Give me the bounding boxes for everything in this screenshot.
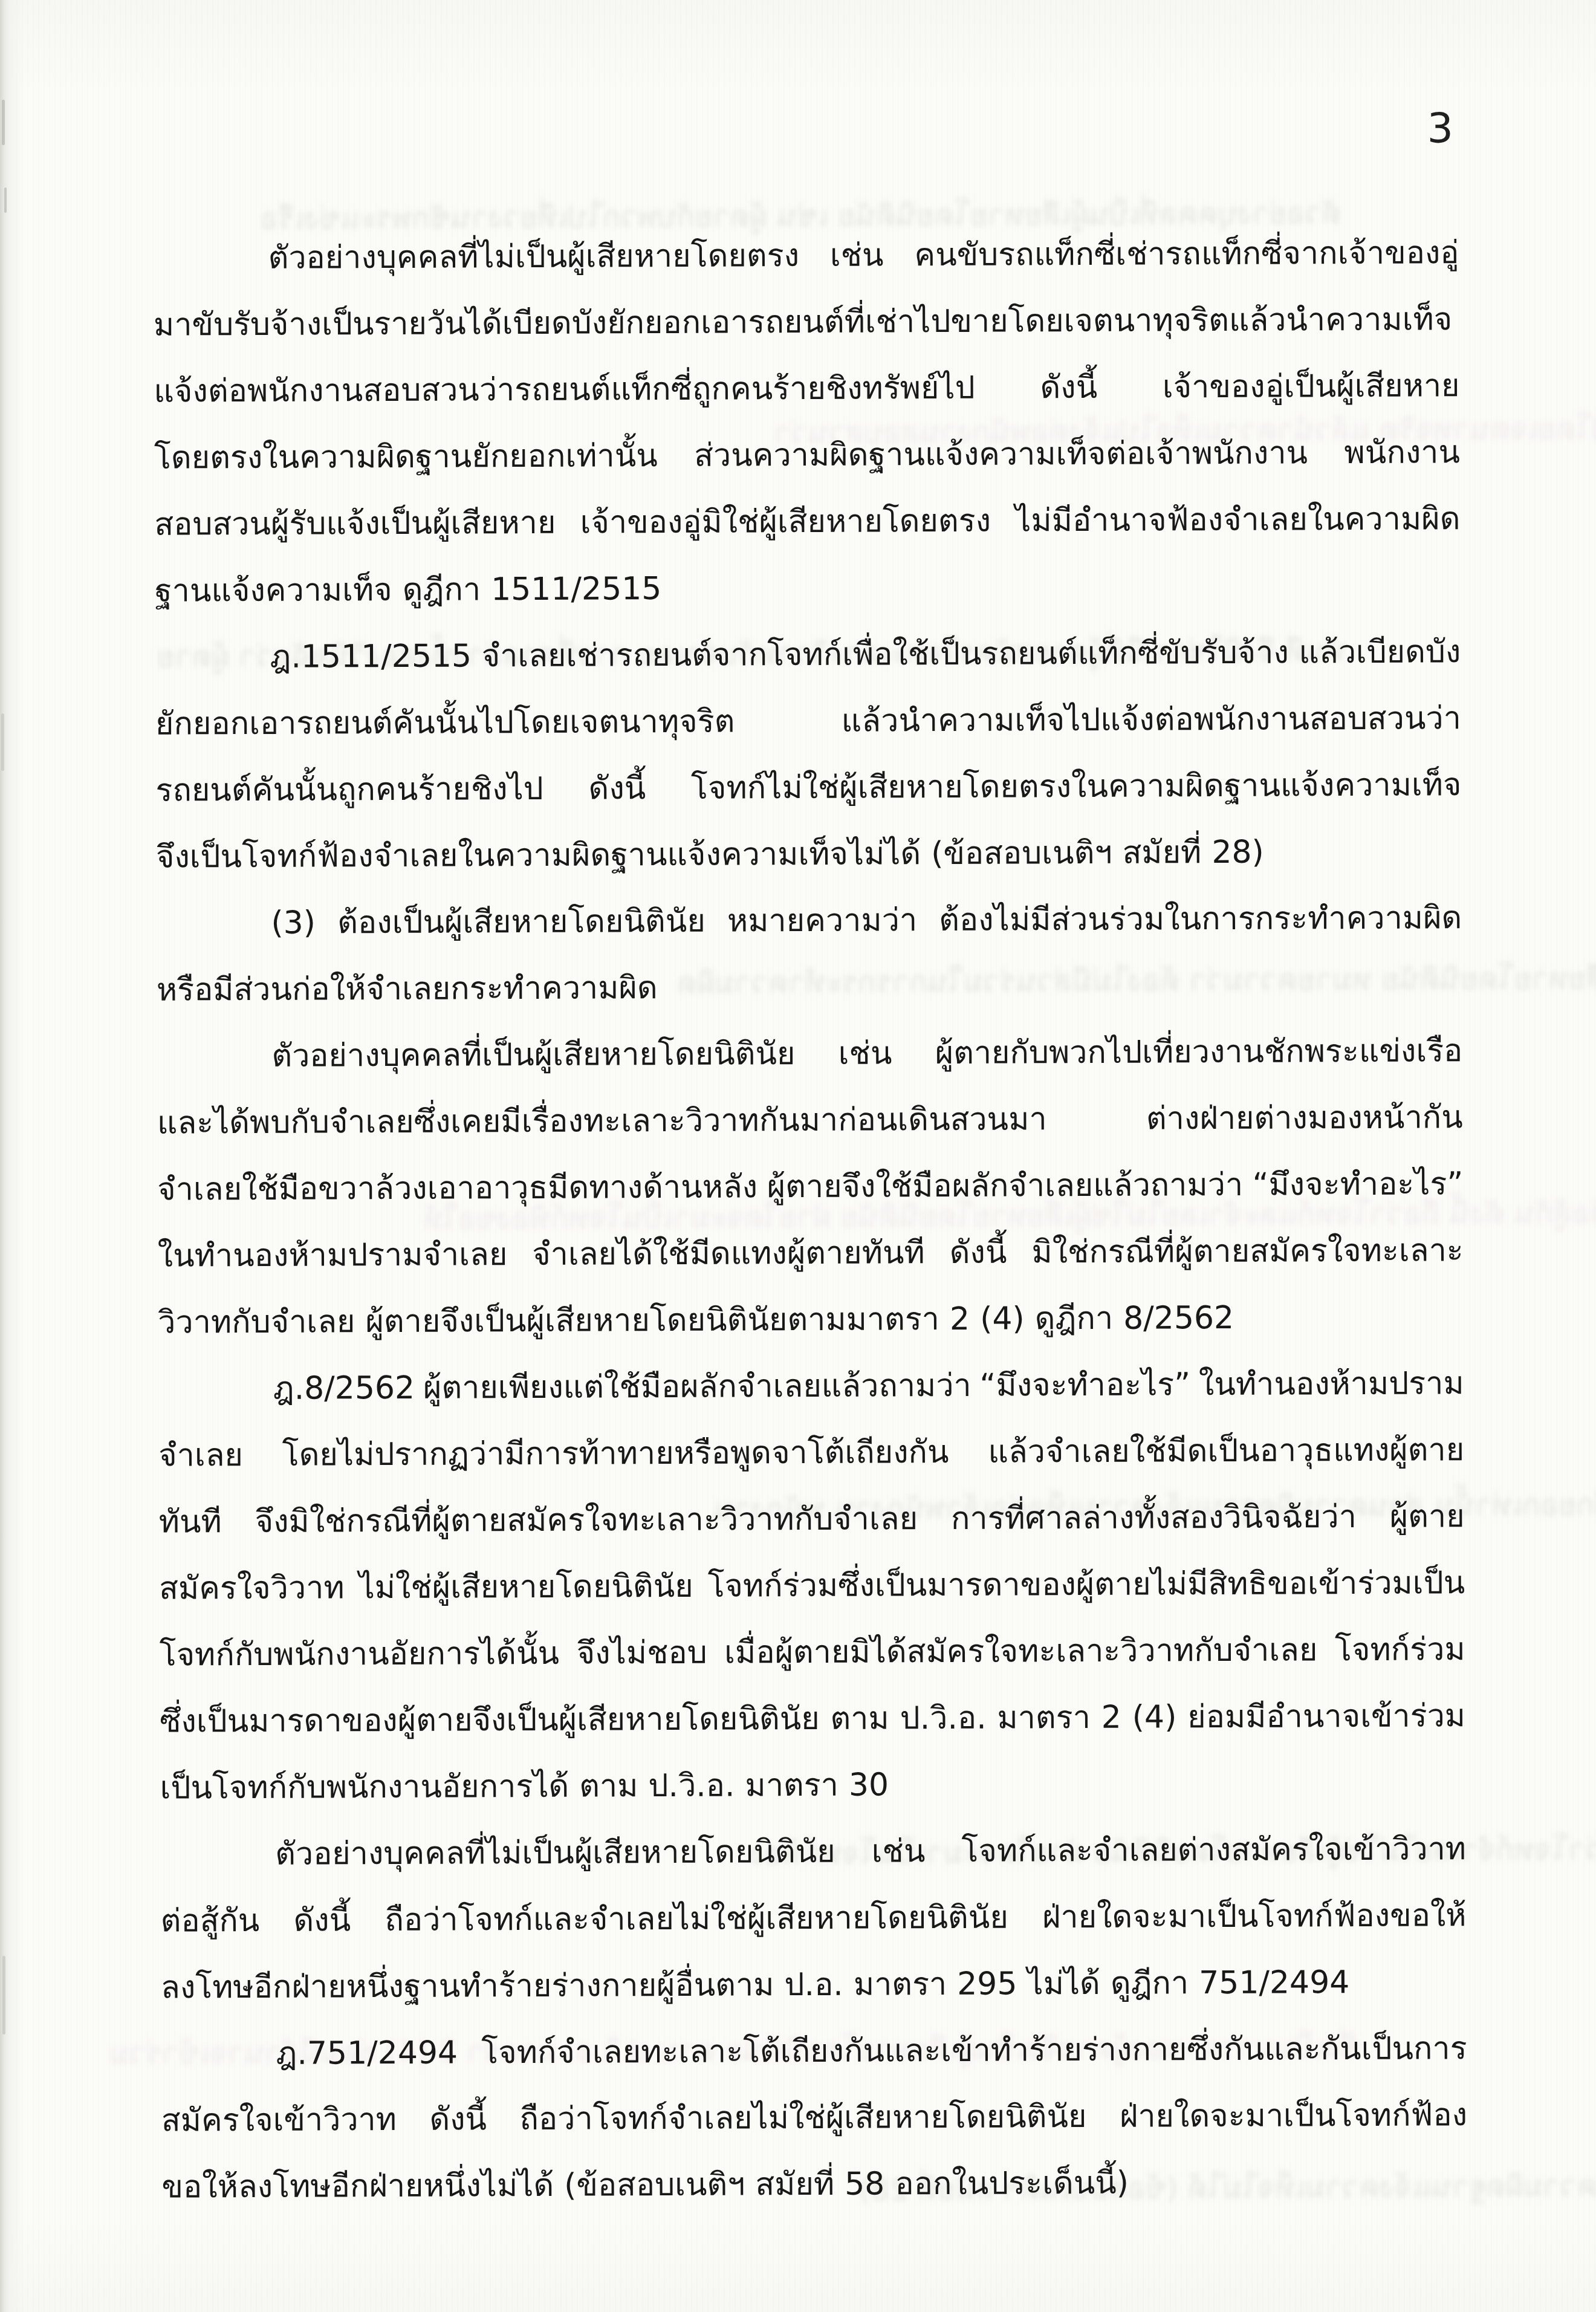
text-line: ตัวอย่างบุคคลที่ไม่เป็นผู้เสียหายโดยนิติ…	[160, 1816, 1466, 1888]
text-line: แจ้งต่อพนักงานสอบสวนว่ารถยนต์แท็กซี่ถูกค…	[154, 352, 1459, 424]
text-line: สอบสวนผู้รับแจ้งเป็นผู้เสียหายเจ้าของอู่…	[154, 485, 1460, 557]
text-line: โดยตรงในความผิดฐานยักยอกเท่านั้นส่วนความ…	[154, 419, 1460, 491]
text-line: (3)ต้องเป็นผู้เสียหายโดยนิตินัยหมายความว…	[156, 885, 1462, 956]
text-line: ฎ.8/2562ผู้ตายเพียงแต่ใช้มือผลักจำเลยแล้…	[158, 1350, 1464, 1422]
text-line: มาขับรับจ้างเป็นรายวันได้เบียดบังยักยอกเ…	[154, 286, 1459, 358]
text-line: เป็นโจทก์กับพนักงานอัยการได้ตามป.วิ.อ.มา…	[160, 1749, 1465, 1821]
text-line: จำเลยใช้มือขวาล้วงเอาอาวุธมีดทางด้านหลัง…	[157, 1151, 1463, 1223]
text-line: โจทก์กับพนักงานอัยการได้นั้นจึงไม่ชอบเมื…	[159, 1616, 1465, 1688]
text-line: ตัวอย่างบุคคลที่ไม่เป็นผู้เสียหายโดยตรงเ…	[153, 219, 1459, 291]
text-line: รถยนต์คันนั้นถูกคนร้ายชิงไปดังนี้โจทก์ไม…	[155, 752, 1461, 823]
text-line: ในทำนองห้ามปรามจำเลยจำเลยได้ใช้มีดแทงผู้…	[158, 1217, 1464, 1289]
text-line: ฎ.751/2494โจทก์จำเลยทะเลาะโต้เถียงกันและ…	[161, 2015, 1467, 2087]
text-line: วิวาทกับจำเลยผู้ตายจึงเป็นผู้เสียหายโดยน…	[158, 1284, 1464, 1356]
text-line: หรือมีส่วนก่อให้จำเลยกระทำความผิด	[157, 951, 1462, 1023]
text-line: จึงเป็นโจทก์ฟ้องจำเลยในความผิดฐานแจ้งควา…	[156, 818, 1462, 890]
text-line: ฎ.1511/2515จำเลยเช่ารถยนต์จากโจทก์เพื่อใ…	[155, 619, 1461, 690]
text-line: สมัครใจวิวาทไม่ใช่ผู้เสียหายโดยนิตินัยโจ…	[159, 1550, 1465, 1622]
text-line: ตัวอย่างบุคคลที่เป็นผู้เสียหายโดยนิตินัย…	[157, 1018, 1462, 1089]
page-number: 3	[1427, 105, 1454, 152]
text-line: ยักยอกเอารถยนต์คันนั้นไปโดยเจตนาทุจริตแล…	[155, 685, 1461, 757]
text-line: ขอให้ลงโทษอีกฝ่ายหนึ่งไม่ได้(ข้อสอบเนติฯ…	[161, 2148, 1467, 2220]
text-line: และได้พบกับจำเลยซึ่งเคยมีเรื่องทะเลาะวิว…	[157, 1084, 1463, 1156]
scanned-page: 3 ตัวอย่างบุคคลที่ไม่เป็นผู้เสียหายโดยตร…	[0, 0, 1596, 2312]
text-line: ต่อสู้กันดังนี้ถือว่าโจทก์และจำเลยไม่ใช่…	[160, 1882, 1466, 1954]
text-line: สมัครใจเข้าวิวาทดังนี้ถือว่าโจทก์จำเลยไม…	[161, 2082, 1467, 2154]
text-column: ตัวอย่างบุคคลที่ไม่เป็นผู้เสียหายโดยตรงเ…	[153, 219, 1467, 2220]
text-line: ทันทีจึงมิใช่กรณีที่ผู้ตายสมัครใจทะเลาะว…	[158, 1483, 1464, 1555]
text-line: จำเลยโดยไม่ปรากฏว่ามีการท้าทายหรือพูดจาโ…	[158, 1417, 1464, 1489]
text-line: ฐานแจ้งความเท็จดูฎีกา1511/2515	[155, 552, 1461, 624]
text-line: ซึ่งเป็นมารดาของผู้ตายจึงเป็นผู้เสียหายโ…	[160, 1683, 1465, 1755]
text-line: ลงโทษอีกฝ่ายหนึ่งฐานทำร้ายร่างกายผู้อื่น…	[161, 1949, 1467, 2021]
